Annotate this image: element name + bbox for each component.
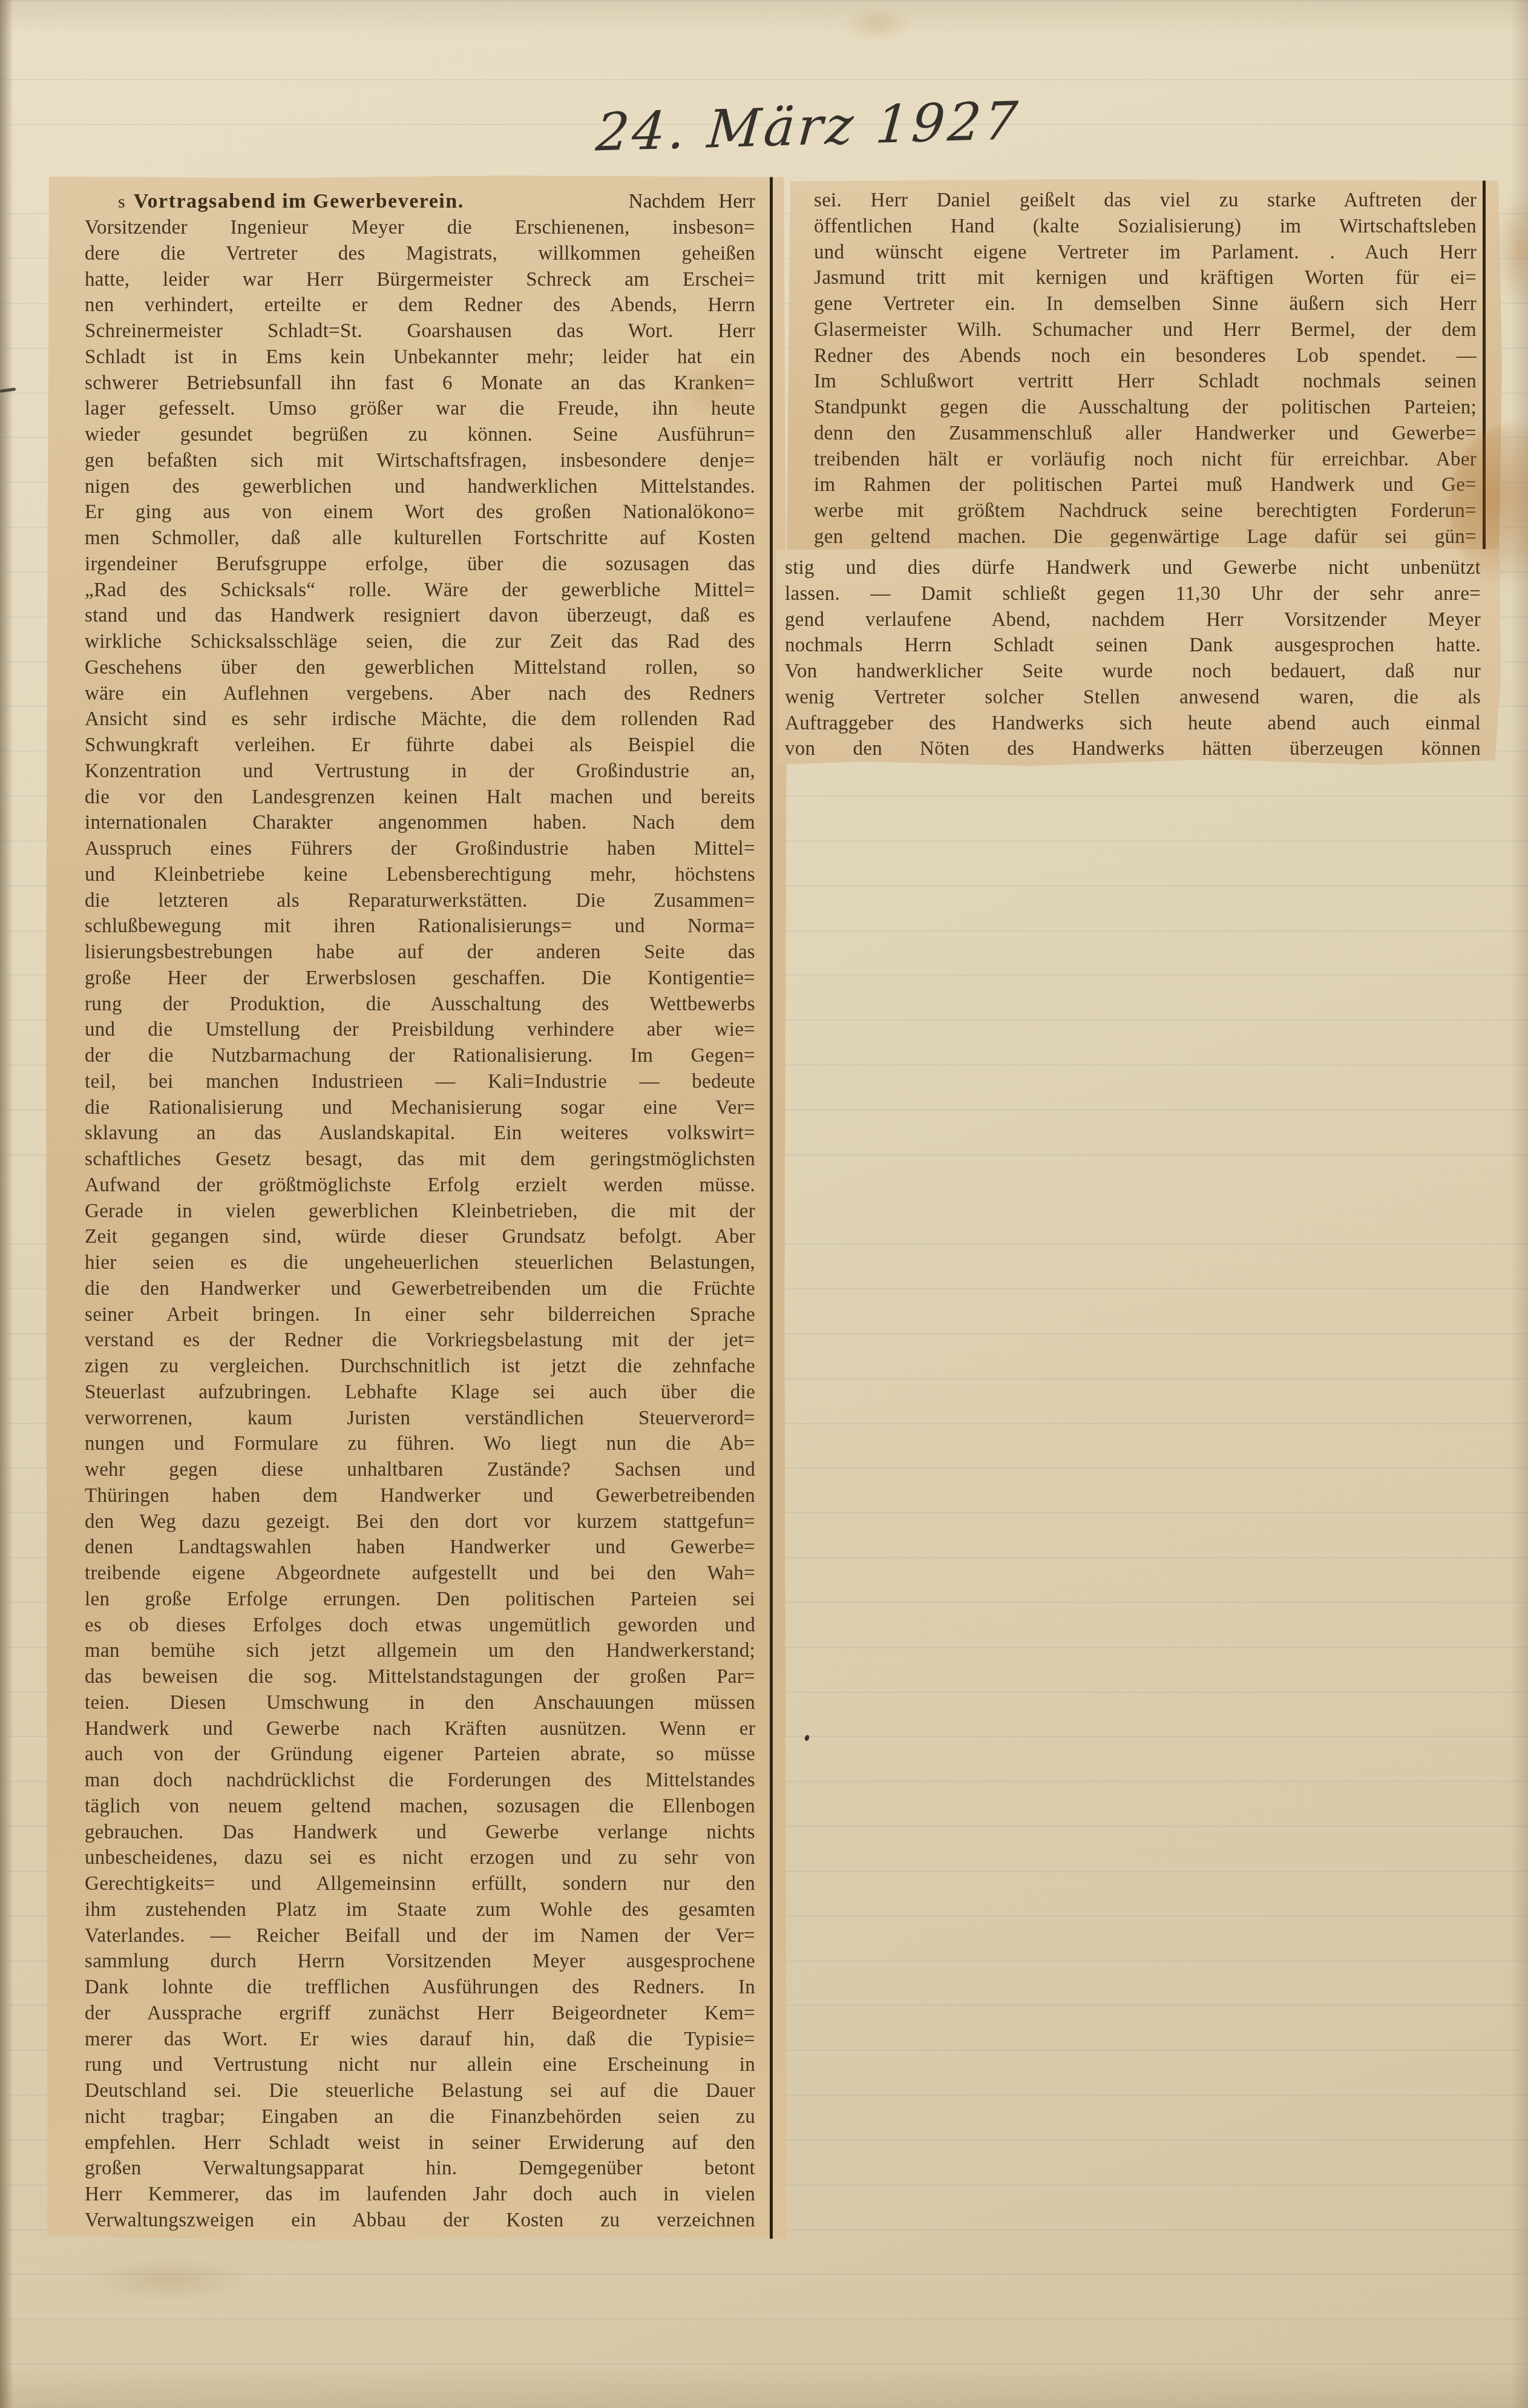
article-right-column-bottom-text: stig und dies dürfe Handwerk und Gewerbe… <box>785 555 1481 762</box>
article-lead-mark: s <box>118 192 125 212</box>
newspaper-clipping-left-column: sVortragsabend im Gewerbeverein. Nachdem… <box>46 176 787 2241</box>
newspaper-column-rule <box>1483 179 1486 552</box>
stain <box>844 6 911 42</box>
scanned-album-page: 24. März 1927 sVortragsabend im Gewerbev… <box>0 0 1528 2408</box>
article-right-column-top-text: sei. Herr Daniel geißelt das viel zu sta… <box>814 188 1477 550</box>
newspaper-clipping-right-column-top: sei. Herr Daniel geißelt das viel zu sta… <box>787 179 1502 552</box>
handwritten-date: 24. März 1927 <box>594 91 1009 163</box>
ink-dot <box>804 1734 810 1742</box>
newspaper-column-rule <box>770 176 773 2241</box>
stain <box>91 2258 248 2300</box>
article-left-column-text: Vorsitzender Ingenieur Meyer die Erschie… <box>85 215 755 2234</box>
article-headline-group: sVortragsabend im Gewerbeverein. <box>85 189 464 215</box>
article-headline: Vortragsabend im Gewerbeverein. <box>134 190 464 212</box>
newspaper-clipping-right-column-bottom: stig und dies dürfe Handwerk und Gewerbe… <box>776 547 1501 767</box>
article-headline-line: sVortragsabend im Gewerbeverein. Nachdem… <box>85 189 755 215</box>
article-headline-run-in-text: Nachdem Herr <box>629 189 755 215</box>
page-edge-mark <box>0 387 16 393</box>
